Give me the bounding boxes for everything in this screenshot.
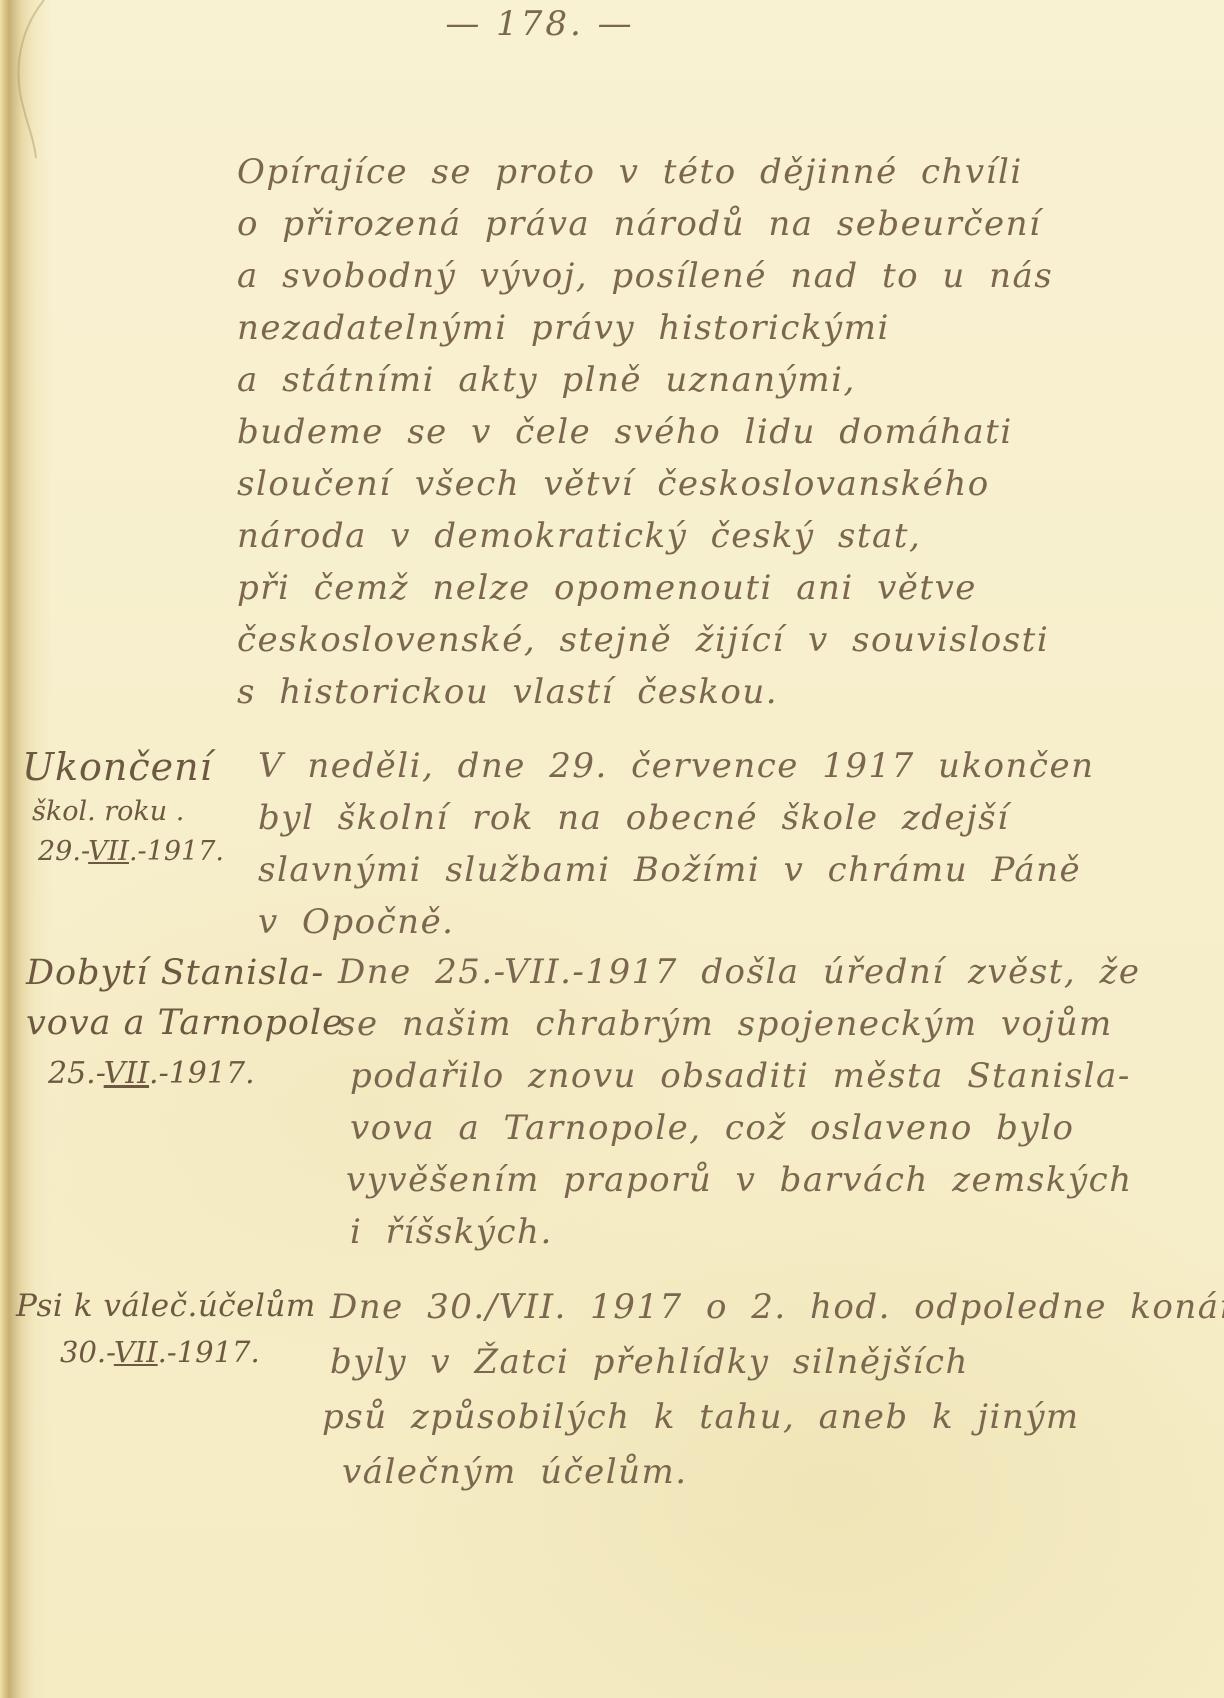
margin-note-stanislavov-tarnopol: Dobytí Stanisla- vova a Tarnopole 25.-VI…: [26, 948, 346, 1094]
margin-note-title-cont: vova a Tarnopole: [26, 998, 346, 1048]
margin-note-date: 29.-VII.-1917.: [38, 832, 262, 872]
text-line: V neděli, dne 29. července 1917 ukončen: [258, 740, 1094, 792]
margin-note-title: Ukončení: [22, 742, 262, 792]
text-line: s historickou vlastí českou.: [237, 666, 1053, 718]
text-line: válečným účelům.: [342, 1445, 1224, 1500]
date-suffix: .-1917.: [129, 836, 224, 867]
text-line: sloučení všech větví českoslovanského: [237, 458, 1053, 510]
intro-paragraph: Opírajíce se proto v této dějinné chvíli…: [237, 146, 1053, 718]
text-line: se našim chrabrým spojeneckým vojům: [338, 998, 1140, 1050]
page-number: — 178. —: [380, 4, 700, 44]
text-line: o přirozená práva národů na sebeurčení: [237, 198, 1053, 250]
date-prefix: 25.-: [48, 1056, 104, 1091]
entry-war-dogs-paragraph: Dne 30./VII. 1917 o 2. hod. odpoledne ko…: [330, 1280, 1224, 1500]
roman-numeral: VII: [88, 836, 129, 867]
date-suffix: .-1917.: [149, 1056, 255, 1091]
margin-note-war-dogs: Psi k váleč.účelům 30.-VII.-1917.: [16, 1284, 346, 1372]
text-line: podařilo znovu obsaditi města Stanisla-: [350, 1050, 1140, 1102]
roman-numeral: VII: [114, 1335, 158, 1369]
margin-note-school-year-end: Ukončení škol. roku . 29.-VII.-1917.: [22, 742, 262, 872]
text-line: národa v demokratický český stat,: [237, 510, 1053, 562]
text-line: při čemž nelze opomenouti ani větve: [237, 562, 1053, 614]
text-line: budeme se v čele svého lidu domáhati: [237, 406, 1053, 458]
text-line: slavnými službami Božími v chrámu Páně: [258, 844, 1094, 896]
text-line: Dne 30./VII. 1917 o 2. hod. odpoledne ko…: [330, 1280, 1224, 1335]
text-line: psů způsobilých k tahu, aneb k jiným: [322, 1390, 1224, 1445]
entry-stanislavov-tarnopol-paragraph: Dne 25.-VII.-1917 došla úřední zvěst, že…: [338, 946, 1140, 1258]
text-line: Opírajíce se proto v této dějinné chvíli: [237, 146, 1053, 198]
text-line: a státními akty plně uznanými,: [237, 354, 1053, 406]
text-line: byl školní rok na obecné škole zdejší: [258, 792, 1094, 844]
margin-note-title: Psi k váleč.účelům: [16, 1284, 346, 1328]
chronicle-page: — 178. — Opírajíce se proto v této dějin…: [0, 0, 1224, 1698]
margin-note-date: 30.-VII.-1917.: [60, 1332, 346, 1372]
date-suffix: .-1917.: [158, 1335, 260, 1369]
text-line: a svobodný vývoj, posílené nad to u nás: [237, 250, 1053, 302]
entry-school-year-end-paragraph: V neděli, dne 29. července 1917 ukončen …: [258, 740, 1094, 948]
text-line: Dne 25.-VII.-1917 došla úřední zvěst, že: [338, 946, 1140, 998]
roman-numeral: VII: [104, 1056, 149, 1091]
text-line: i říšských.: [350, 1206, 1140, 1258]
margin-note-date: 25.-VII.-1917.: [48, 1054, 346, 1094]
margin-note-title: Dobytí Stanisla-: [26, 948, 346, 998]
date-prefix: 29.-: [38, 836, 88, 867]
text-line: nezadatelnými právy historickými: [237, 302, 1053, 354]
text-line: vova a Tarnopole, což oslaveno bylo: [350, 1102, 1140, 1154]
date-prefix: 30.-: [60, 1335, 114, 1369]
text-line: byly v Žatci přehlídky silnějších: [330, 1335, 1224, 1390]
text-line: vyvěšením praporů v barvách zemských: [346, 1154, 1140, 1206]
margin-note-subtitle: škol. roku .: [32, 792, 262, 832]
text-line: v Opočně.: [258, 896, 1094, 948]
text-line: československé, stejně žijící v souvislo…: [237, 614, 1053, 666]
